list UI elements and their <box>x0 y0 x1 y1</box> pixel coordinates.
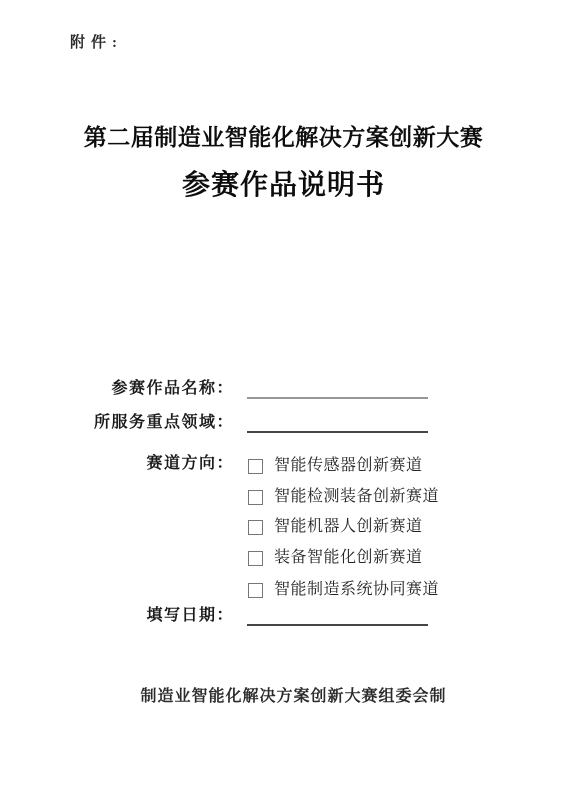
track-option-checkbox[interactable] <box>248 551 263 566</box>
track-option-label: 装备智能化创新赛道 <box>274 548 423 568</box>
track-option-row: 智能制造系统协同赛道 <box>248 580 439 600</box>
document-page: 附件: 第二届制造业智能化解决方案创新大赛 参赛作品说明书 参赛作品名称： 所服… <box>0 0 587 795</box>
track-option-label: 智能检测装备创新赛道 <box>274 487 439 507</box>
track-option-checkbox[interactable] <box>248 459 263 474</box>
entry-name-blank-field[interactable] <box>247 378 428 399</box>
track-option-row: 智能传感器创新赛道 <box>248 456 423 476</box>
fill-date-label: 填写日期： <box>0 606 234 626</box>
track-option-row: 智能机器人创新赛道 <box>248 517 423 537</box>
attachment-label: 附件: <box>70 31 123 52</box>
fill-date-row: 填写日期： <box>0 605 428 626</box>
service-area-blank-field[interactable] <box>247 412 428 433</box>
document-title-line1: 第二届制造业智能化解决方案创新大赛 <box>0 119 567 152</box>
track-option-label: 智能制造系统协同赛道 <box>274 580 439 600</box>
service-area-label: 所服务重点领域： <box>0 413 234 433</box>
service-area-row: 所服务重点领域： <box>0 412 428 433</box>
track-label-row: 赛道方向： <box>0 454 234 474</box>
document-title-line2: 参赛作品说明书 <box>0 163 567 203</box>
entry-name-label: 参赛作品名称： <box>0 379 234 399</box>
entry-name-row: 参赛作品名称： <box>0 378 428 399</box>
track-option-label: 智能机器人创新赛道 <box>274 517 423 537</box>
track-direction-label: 赛道方向： <box>0 454 234 474</box>
track-option-row: 智能检测装备创新赛道 <box>248 487 439 507</box>
track-option-label: 智能传感器创新赛道 <box>274 456 423 476</box>
fill-date-blank-field[interactable] <box>247 605 428 626</box>
track-option-checkbox[interactable] <box>248 583 263 598</box>
track-option-row: 装备智能化创新赛道 <box>248 548 423 568</box>
track-option-checkbox[interactable] <box>248 490 263 505</box>
track-option-checkbox[interactable] <box>248 520 263 535</box>
footer-organizer-text: 制造业智能化解决方案创新大赛组委会制 <box>0 683 587 706</box>
